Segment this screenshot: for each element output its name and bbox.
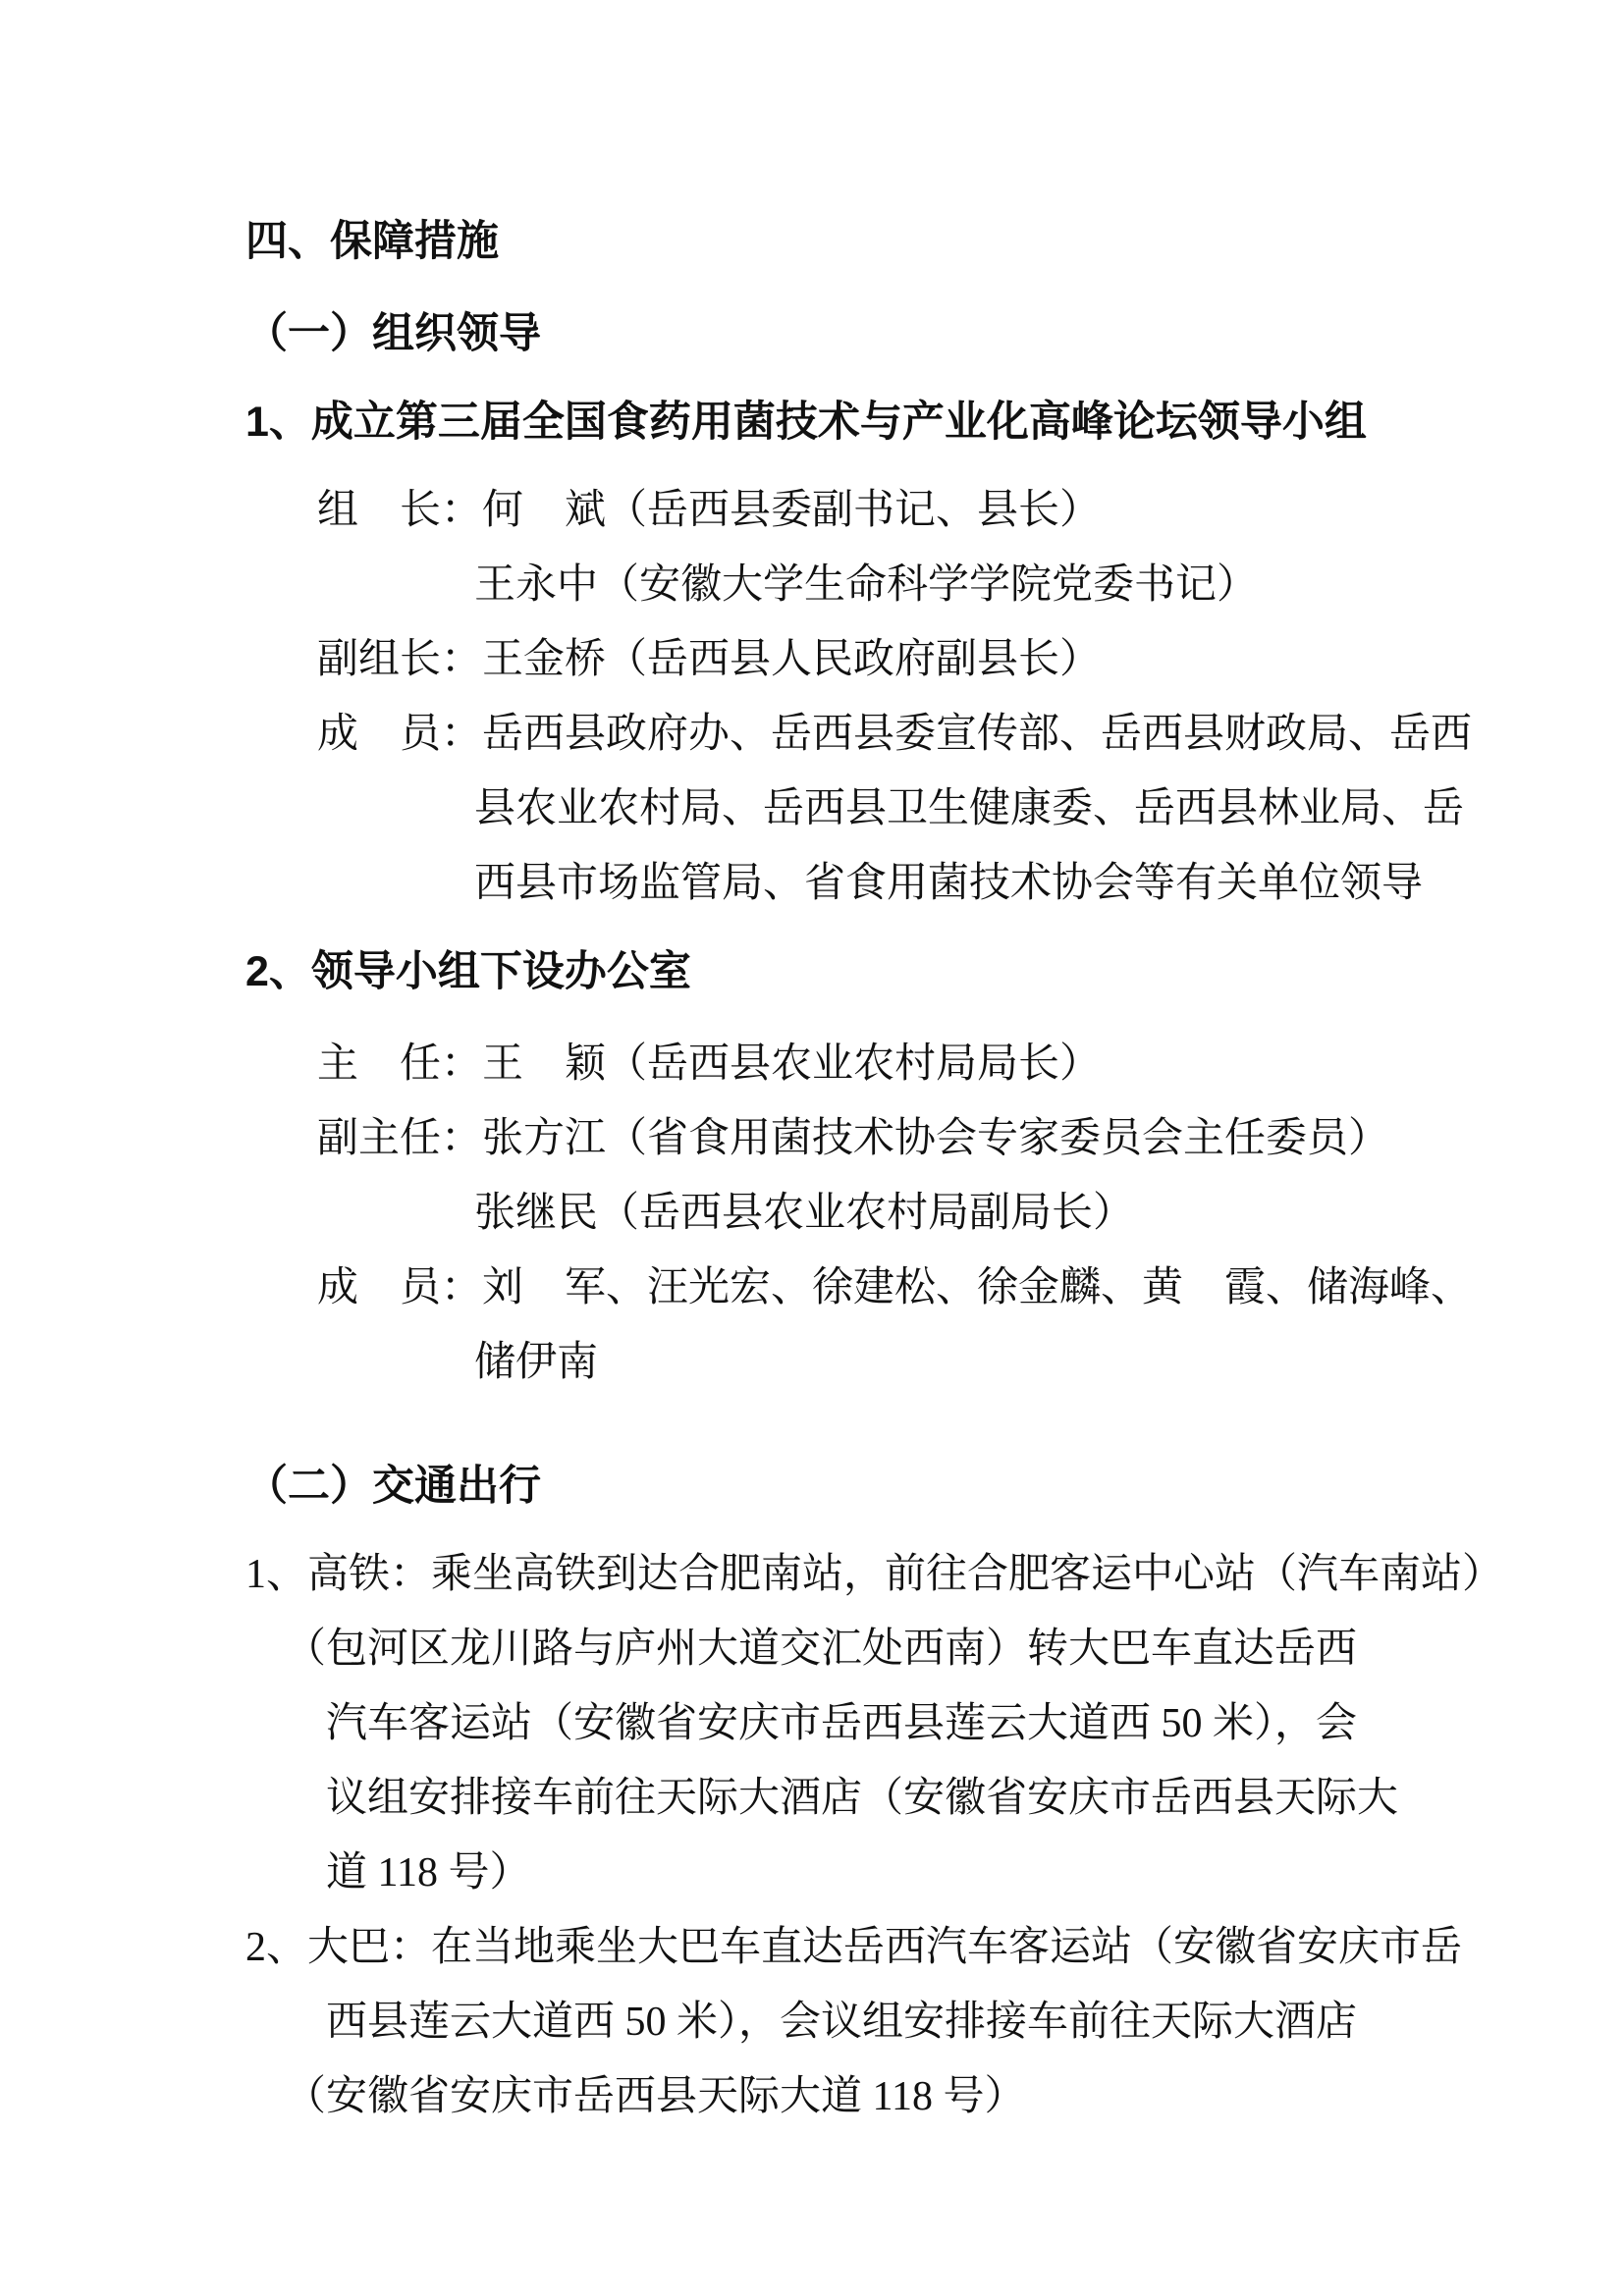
subsection-heading-transportation: （二）交通出行 [245, 1449, 1467, 1523]
document-page: 四、保障措施 （一）组织领导 1、成立第三届全国食药用菌技术与产业化高峰论坛领导… [0, 0, 1624, 2296]
text-line-deputy-group-leader: 副组长：王金桥（岳西县人民政府副县长） [245, 622, 1467, 697]
text-line-highspeed-rail-cont-1: （包河区龙川路与庐州大道交汇处西南）转大巴车直达岳西 [245, 1612, 1467, 1686]
section-heading-safeguard-measures: 四、保障措施 [245, 204, 1467, 279]
text-line-members-cont-2: 西县市场监管局、省食用菌技术协会等有关单位领导 [245, 846, 1467, 921]
text-line-members-cont-1: 县农业农村局、岳西县卫生健康委、岳西县林业局、岳 [245, 772, 1467, 846]
text-line-office-members-cont: 储伊南 [245, 1325, 1467, 1400]
text-line-office-members: 成 员：刘 军、汪光宏、徐建松、徐金麟、黄 霞、储海峰、 [245, 1251, 1467, 1325]
text-line-highspeed-rail-cont-2: 汽车客运站（安徽省安庆市岳西县莲云大道西 50 米），会 [245, 1686, 1467, 1761]
numbered-heading-office: 2、领导小组下设办公室 [245, 934, 1467, 1009]
text-line-highspeed-rail-cont-3: 议组安排接车前往天际大酒店（安徽省安庆市岳西县天际大 [245, 1761, 1467, 1836]
text-line-deputy-director-cont: 张继民（岳西县农业农村局副局长） [245, 1176, 1467, 1251]
text-line-group-leader-cont: 王永中（安徽大学生命科学学院党委书记） [245, 548, 1467, 622]
text-line-bus: 2、大巴：在当地乘坐大巴车直达岳西汽车客运站（安徽省安庆市岳 [245, 1910, 1467, 1985]
text-line-members: 成 员：岳西县政府办、岳西县委宣传部、岳西县财政局、岳西 [245, 697, 1467, 772]
text-line-bus-cont-1: 西县莲云大道西 50 米），会议组安排接车前往天际大酒店 [245, 1985, 1467, 2059]
text-line-bus-cont-2: （安徽省安庆市岳西县天际大道 118 号） [245, 2059, 1467, 2134]
text-line-group-leader: 组 长：何 斌（岳西县委副书记、县长） [245, 473, 1467, 548]
numbered-heading-leading-group: 1、成立第三届全国食药用菌技术与产业化高峰论坛领导小组 [245, 385, 1467, 459]
text-line-highspeed-rail-cont-4: 道 118 号） [245, 1836, 1467, 1910]
text-line-highspeed-rail: 1、高铁：乘坐高铁到达合肥南站，前往合肥客运中心站（汽车南站） [245, 1537, 1467, 1612]
subsection-heading-org-leadership: （一）组织领导 [245, 296, 1467, 371]
text-line-deputy-director: 副主任：张方江（省食用菌技术协会专家委员会主任委员） [245, 1101, 1467, 1176]
text-line-director: 主 任：王 颖（岳西县农业农村局局长） [245, 1027, 1467, 1101]
